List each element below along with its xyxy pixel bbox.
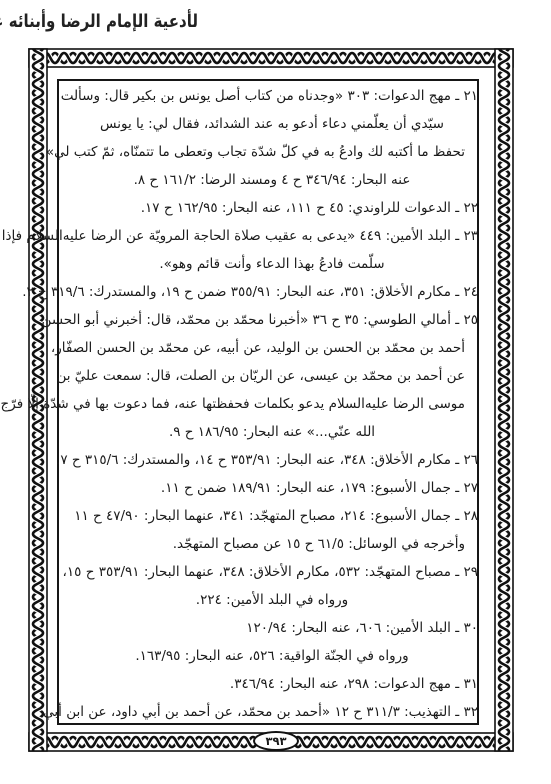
- page-number-badge: ٣٩٣: [253, 731, 299, 751]
- entry-line: ٢٢ ـ الدعوات للراوندي: ٤٥ ح ١١١، عنه الب…: [66, 194, 478, 222]
- entry-line: ٢٤ ـ مكارم الأخلاق: ٣٥١، عنه البحار: ٣٥٥…: [66, 278, 478, 306]
- book-page: لأدعية الإمام الرضا وأبنائه عليهم‌السلام: [0, 0, 551, 784]
- entries-list: ٢١ ـ مهج الدعوات: ٣٠٣ «وجدناه من كتاب أص…: [66, 82, 478, 726]
- entry-line: ورواه في البلد الأمين: ٢٢٤.: [66, 586, 478, 614]
- entry-line: ٣٠ ـ البلد الأمين: ٦٠٦، عنه البحار: ١٢٠/…: [66, 614, 478, 642]
- entry-line: ٢٨ ـ جمال الأسبوع: ٢١٤، مصباح المتهجّد: …: [66, 502, 478, 530]
- border-right-strip: [494, 48, 514, 752]
- entry-line: عن أحمد بن محمّد بن عيسى، عن الريّان بن …: [66, 362, 478, 390]
- entry-line: ٣١ ـ مهج الدعوات: ٢٩٨، عنه البحار: ٣٤٦/٩…: [66, 670, 478, 698]
- entry-line: الله عنّي...» عنه البحار: ١٨٦/٩٥ ح ٩.: [66, 418, 478, 446]
- border-top-strip: [28, 48, 514, 68]
- entry-line: عنه البحار: ٣٤٦/٩٤ ح ٤ ومسند الرضا: ١٦١/…: [66, 166, 478, 194]
- entry-line: أحمد بن محمّد بن الحسن بن الوليد، عن أبي…: [66, 334, 478, 362]
- entry-29: ٢٩ ـ مصباح المتهجّد: ٥٣٢، مكارم الأخلاق:…: [66, 558, 478, 614]
- entry-26: ٢٦ ـ مكارم الأخلاق: ٣٤٨، عنه البحار: ٣٥٣…: [66, 446, 478, 474]
- entry-line: ٢٧ ـ جمال الأسبوع: ١٧٩، عنه البحار: ١٨٩/…: [66, 474, 478, 502]
- page-number: ٣٩٣: [265, 734, 286, 748]
- entry-25: ٢٥ ـ أمالي الطوسي: ٣٥ ح ٣٦ «أخبرنا محمّد…: [66, 306, 478, 446]
- entry-line: سلّمت فادعُ بهذا الدعاء وأنت قائم وهو».: [66, 250, 478, 278]
- entry-line: ٢٣ ـ البلد الأمين: ٤٤٩ «يدعى به عقيب صلا…: [66, 222, 478, 250]
- entry-line: ٢٦ ـ مكارم الأخلاق: ٣٤٨، عنه البحار: ٣٥٣…: [66, 446, 478, 474]
- entry-line: تحفظ ما أكتبه لك وادعُ به في كلّ شدّة تج…: [66, 138, 478, 166]
- entry-30: ٣٠ ـ البلد الأمين: ٦٠٦، عنه البحار: ١٢٠/…: [66, 614, 478, 670]
- entry-line: ٢٩ ـ مصباح المتهجّد: ٥٣٢، مكارم الأخلاق:…: [66, 558, 478, 586]
- entry-31: ٣١ ـ مهج الدعوات: ٢٩٨، عنه البحار: ٣٤٦/٩…: [66, 670, 478, 698]
- entry-28: ٢٨ ـ جمال الأسبوع: ٢١٤، مصباح المتهجّد: …: [66, 502, 478, 558]
- header-calligraphy: لأدعية الإمام الرضا وأبنائه عليهم‌السلام: [30, 12, 198, 31]
- entry-27: ٢٧ ـ جمال الأسبوع: ١٧٩، عنه البحار: ١٨٩/…: [66, 474, 478, 502]
- entry-32: ٣٢ ـ التهذيب: ٣١١/٣ ح ١٢ «أحمد بن محمّد،…: [66, 698, 478, 726]
- entry-line: وأخرجه في الوسائل: ٦١/٥ ح ١٥ عن مصباح ال…: [66, 530, 478, 558]
- entry-line: ٢١ ـ مهج الدعوات: ٣٠٣ «وجدناه من كتاب أص…: [66, 82, 478, 110]
- entry-line: موسى الرضا عليه‌السلام يدعو بكلمات فحفظت…: [66, 390, 478, 418]
- entry-24: ٢٤ ـ مكارم الأخلاق: ٣٥١، عنه البحار: ٣٥٥…: [66, 278, 478, 306]
- entry-22: ٢٢ ـ الدعوات للراوندي: ٤٥ ح ١١١، عنه الب…: [66, 194, 478, 222]
- entry-line: ٣٢ ـ التهذيب: ٣١١/٣ ح ١٢ «أحمد بن محمّد،…: [66, 698, 478, 726]
- entry-line: ورواه في الجنّة الواقية: ٥٢٦، عنه البحار…: [66, 642, 478, 670]
- entry-line: سيّدي أن يعلّمني دعاء أدعو به عند الشدائ…: [66, 110, 478, 138]
- entry-21: ٢١ ـ مهج الدعوات: ٣٠٣ «وجدناه من كتاب أص…: [66, 82, 478, 194]
- entry-line: ٢٥ ـ أمالي الطوسي: ٣٥ ح ٣٦ «أخبرنا محمّد…: [66, 306, 478, 334]
- entry-23: ٢٣ ـ البلد الأمين: ٤٤٩ «يدعى به عقيب صلا…: [66, 222, 478, 278]
